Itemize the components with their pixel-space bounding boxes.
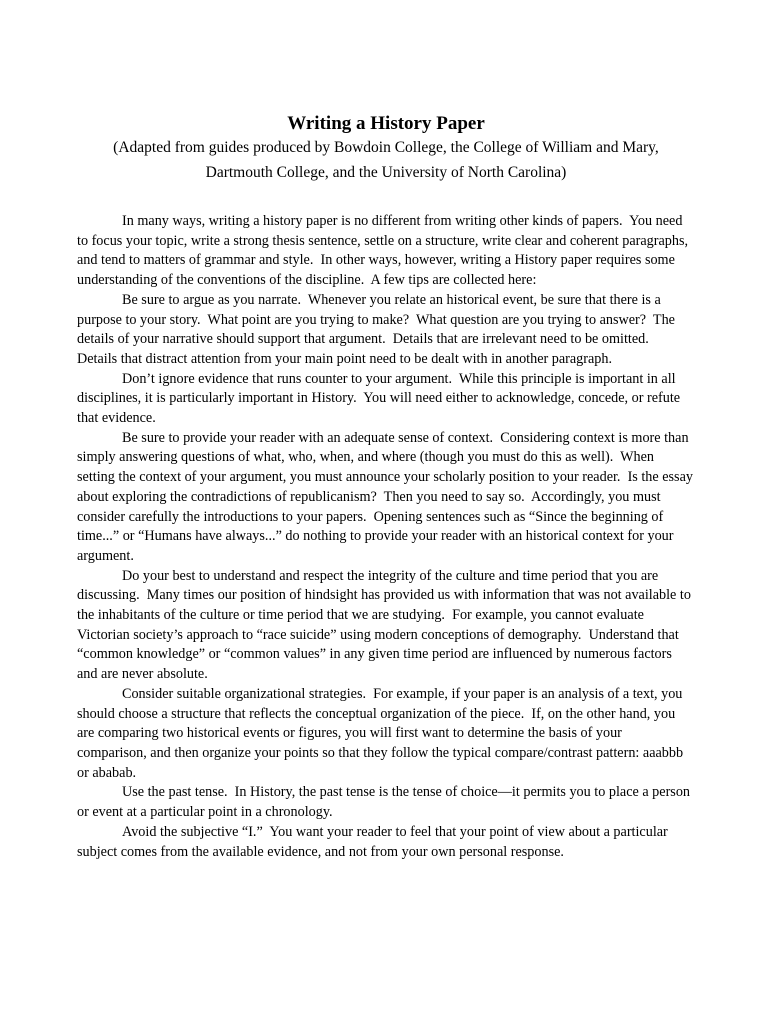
paragraph-sense-of-context: Be sure to provide your reader with an a…: [77, 429, 695, 567]
document-subtitle-line-2: Dartmouth College, and the University of…: [77, 160, 695, 185]
document-body: In many ways, writing a history paper is…: [77, 212, 695, 862]
paragraph-argue-as-you-narrate: Be sure to argue as you narrate. Wheneve…: [77, 291, 695, 370]
document-title: Writing a History Paper: [77, 112, 695, 135]
paragraph-organizational-strategies: Consider suitable organizational strateg…: [77, 685, 695, 784]
paragraph-avoid-subjective-i: Avoid the subjective “I.” You want your …: [77, 823, 695, 862]
document-subtitle-line-1: (Adapted from guides produced by Bowdoin…: [77, 135, 695, 160]
paragraph-intro: In many ways, writing a history paper is…: [77, 212, 695, 291]
paragraph-past-tense: Use the past tense. In History, the past…: [77, 783, 695, 822]
document-page: Writing a History Paper (Adapted from gu…: [0, 0, 768, 1024]
paragraph-counter-evidence: Don’t ignore evidence that runs counter …: [77, 370, 695, 429]
paragraph-integrity-of-culture: Do your best to understand and respect t…: [77, 567, 695, 685]
document-content: Writing a History Paper (Adapted from gu…: [77, 112, 695, 862]
